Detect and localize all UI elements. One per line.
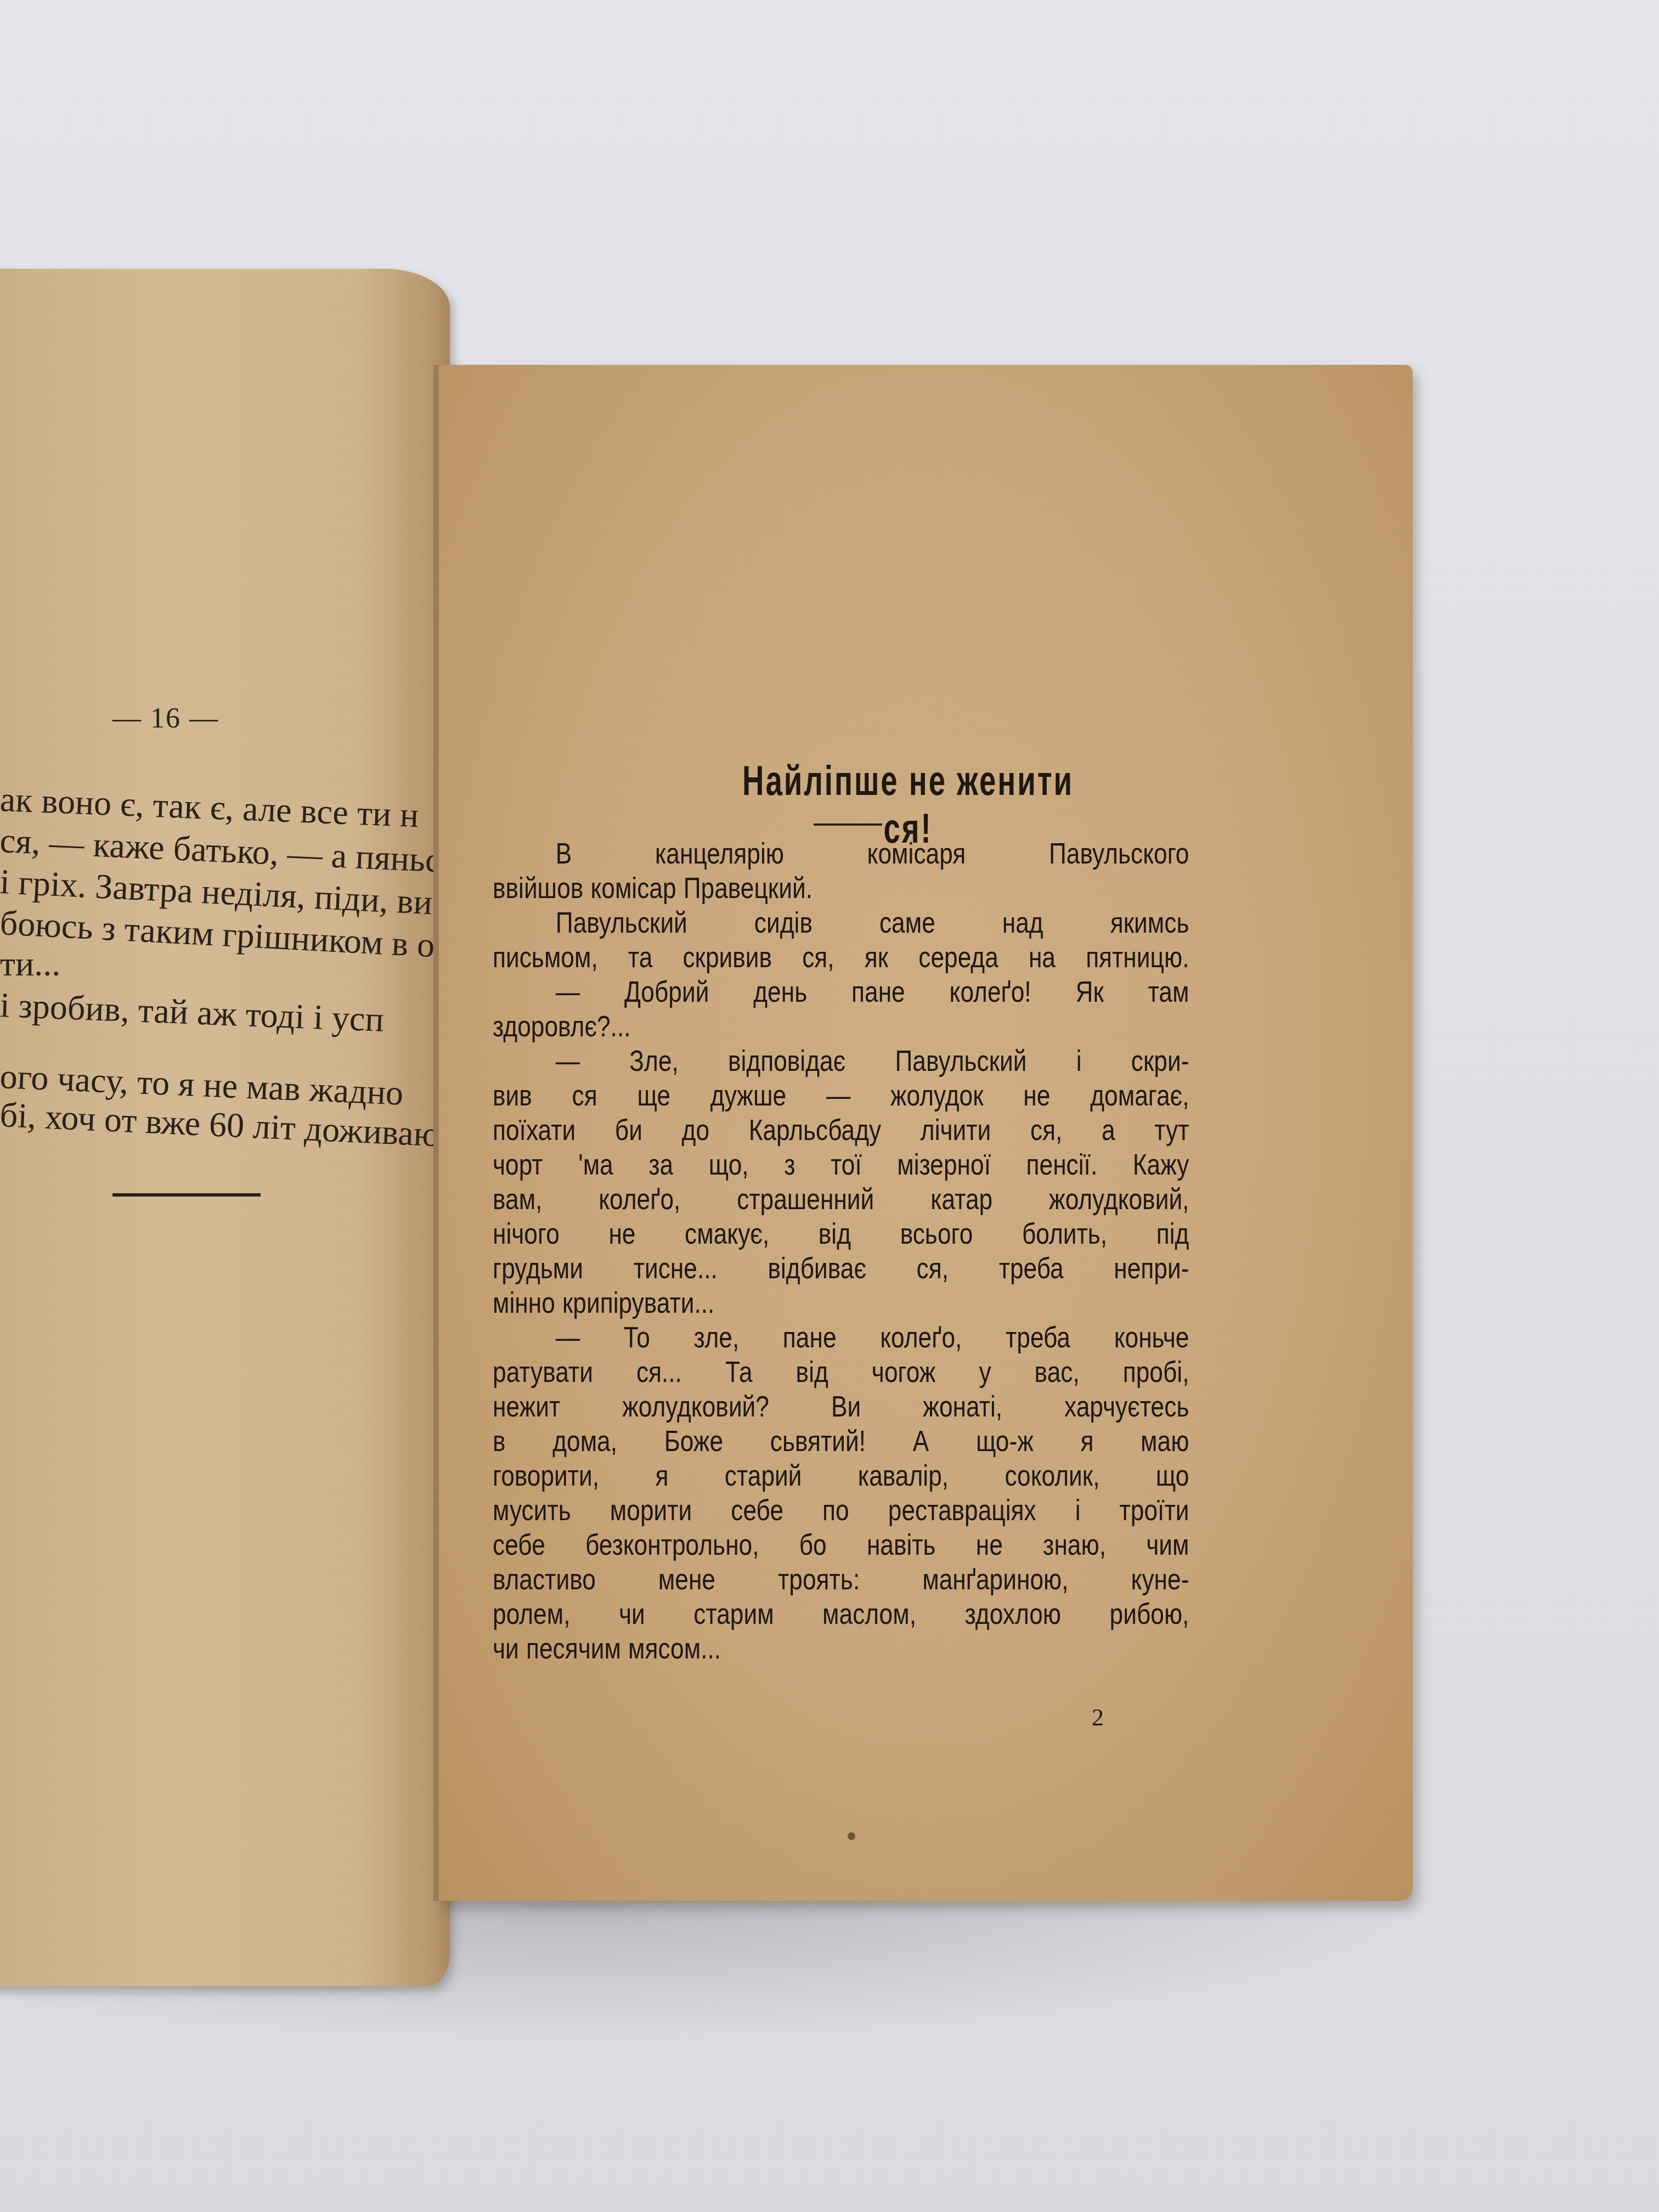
text-line: муситьморитисебепореставраціяхітроїти — [493, 1493, 1189, 1528]
text-line: грудьмитисне...відбиваєся,требанепри- — [493, 1251, 1189, 1286]
word: жолудковий, — [1049, 1182, 1189, 1217]
word: ся, — [802, 940, 834, 975]
word: В — [556, 837, 572, 871]
word: властиво — [493, 1562, 596, 1597]
word: маслом, — [822, 1597, 916, 1632]
word: ся, — [1030, 1113, 1062, 1148]
word: чи — [493, 1632, 519, 1666]
word: жолудковий? — [622, 1390, 769, 1424]
word: Павульского — [1049, 837, 1189, 871]
text-line: письмом,таскривився,яксереданапятницю. — [493, 940, 1189, 975]
word: чорт — [493, 1148, 543, 1182]
word: в — [493, 1424, 506, 1459]
word: скри- — [1131, 1044, 1189, 1079]
paper-speck — [848, 1832, 855, 1840]
title-rule — [814, 823, 882, 826]
word: від — [819, 1217, 851, 1251]
word: що — [1156, 1459, 1189, 1493]
text-line: ролем,чистариммаслом,здохлоюрибою, — [493, 1597, 1189, 1632]
word: колеґо! — [950, 975, 1031, 1009]
word: бо — [799, 1528, 827, 1562]
word: троять: — [778, 1562, 860, 1597]
text-line: міннокрипірувати... — [493, 1286, 1189, 1321]
left-page-number: — 16 — — [112, 702, 219, 735]
word: морити — [610, 1493, 692, 1528]
word: ся... — [636, 1355, 682, 1390]
word: до — [682, 1113, 709, 1148]
word: Боже — [664, 1424, 723, 1459]
word: себе — [493, 1528, 545, 1562]
word: болить, — [1022, 1217, 1107, 1251]
word: що, — [709, 1148, 749, 1182]
word: пятницю. — [1086, 940, 1189, 975]
left-page: — 16 — ак воно є, так є, але все ти н ся… — [0, 269, 450, 1986]
word: від — [796, 1355, 828, 1390]
word: як — [865, 940, 888, 975]
word: ще — [637, 1079, 670, 1113]
text-line: говорити,ястарийкавалір,соколик,що — [493, 1459, 1189, 1493]
word: вас, — [1035, 1355, 1080, 1390]
word: Правецкий. — [684, 871, 812, 906]
word: мусить — [493, 1493, 571, 1528]
word: пане — [851, 975, 905, 1009]
word: з — [784, 1148, 795, 1182]
word: пробі, — [1123, 1355, 1189, 1390]
word: би — [615, 1113, 642, 1148]
word: маю — [1141, 1424, 1189, 1459]
word: поїхати — [493, 1113, 575, 1148]
text-line: вивсящедужше—жолудокнедомагає, — [493, 1079, 1189, 1113]
section-end-rule — [112, 1193, 261, 1197]
word: Кажу — [1133, 1148, 1189, 1182]
word: лічити — [921, 1113, 991, 1148]
word: — — [826, 1079, 850, 1113]
word: старий — [725, 1459, 802, 1493]
word: чим — [1146, 1528, 1189, 1562]
word: харчуєтесь — [1064, 1390, 1189, 1424]
word: домагає, — [1090, 1079, 1189, 1113]
word: Зле, — [629, 1044, 679, 1079]
word: старим — [693, 1597, 774, 1632]
word: — — [556, 975, 580, 1009]
word: песячим — [526, 1632, 621, 1666]
text-line: властивоменетроять:манґариною,куне- — [493, 1562, 1189, 1597]
word: середа — [918, 940, 998, 975]
word: знаю, — [1043, 1528, 1106, 1562]
word: жолудок — [890, 1079, 984, 1113]
word: саме — [879, 906, 935, 940]
word: письмом, — [493, 940, 598, 975]
text-line: ратуватися...Тавідчогожувас,пробі, — [493, 1355, 1189, 1390]
text-line: —Добрийденьпанеколеґо!Яктам — [493, 975, 1189, 1009]
word: мінно — [493, 1286, 555, 1321]
text-line: чипесячиммясом... — [493, 1632, 1189, 1666]
word: ся — [572, 1079, 597, 1113]
word: здоровлє?... — [493, 1009, 631, 1044]
right-page: Найліпше не женити ся! Вканцеляріюкоміса… — [439, 365, 1413, 1901]
text-line: вдома,Божесьвятий!Ащо-жямаю — [493, 1424, 1189, 1459]
word: чи — [619, 1597, 645, 1632]
word: під — [1156, 1217, 1189, 1251]
word: комісаря — [867, 837, 966, 871]
word: навіть — [867, 1528, 936, 1562]
word: себе — [731, 1493, 783, 1528]
text-line: ВканцеляріюкомісаряПавульского — [493, 837, 1189, 871]
word: я — [656, 1459, 669, 1493]
word: крипірувати... — [562, 1286, 714, 1321]
word: Як — [1075, 975, 1103, 1009]
word: у — [979, 1355, 991, 1390]
word: треба — [999, 1251, 1064, 1286]
word: по — [822, 1493, 849, 1528]
word: зле, — [694, 1321, 740, 1355]
right-page-number: 2 — [1092, 1703, 1104, 1731]
word: нежит — [493, 1390, 560, 1424]
word: тисне... — [634, 1251, 718, 1286]
text-line: нежитжолудковий?Вижонаті,харчуєтесь — [493, 1390, 1189, 1424]
word: не — [608, 1217, 635, 1251]
word: мясом... — [628, 1632, 721, 1666]
text-line: ти... — [0, 944, 60, 984]
text-line: і зробив, тай аж тоді і усп — [0, 985, 385, 1040]
text-line: себебезконтрольно,бонавітьнезнаю,чим — [493, 1528, 1189, 1562]
word: соколик, — [1005, 1459, 1099, 1493]
word: відповідає — [728, 1044, 845, 1079]
word: коньче — [1114, 1321, 1189, 1355]
word: грудьми — [493, 1251, 583, 1286]
text-line: здоровлє?... — [493, 1009, 1189, 1044]
word: куне- — [1131, 1562, 1189, 1597]
text-line: —Зле,відповідаєПавульскийіскри- — [493, 1044, 1189, 1079]
word: що-ж — [976, 1424, 1034, 1459]
word: Павульский — [556, 906, 687, 940]
word: сьвятий! — [770, 1424, 866, 1459]
word: катар — [930, 1182, 992, 1217]
word: — — [556, 1321, 580, 1355]
word: непри- — [1114, 1251, 1189, 1286]
word: а — [1102, 1113, 1115, 1148]
word: на — [1029, 940, 1056, 975]
text-line: чорт'мазащо,зтоїмізерноїпенсії.Кажу — [493, 1148, 1189, 1182]
word: вам, — [493, 1182, 542, 1217]
word: ввійшов — [493, 871, 583, 906]
word: Карльсбаду — [749, 1113, 882, 1148]
word: — — [556, 1044, 580, 1079]
word: та — [628, 940, 652, 975]
word: А — [913, 1424, 929, 1459]
word: колеґо, — [880, 1321, 962, 1355]
word: рибою, — [1110, 1597, 1189, 1632]
word: ратувати — [493, 1355, 593, 1390]
word: вив — [493, 1079, 532, 1113]
word: не — [1023, 1079, 1050, 1113]
word: пане — [783, 1321, 837, 1355]
word: дома, — [552, 1424, 617, 1459]
word: ся, — [917, 1251, 949, 1286]
text-line: поїхатибидоКарльсбадулічитися,атут — [493, 1113, 1189, 1148]
word: Добрий — [624, 975, 709, 1009]
word: безконтрольно, — [585, 1528, 759, 1562]
word: ролем, — [493, 1597, 570, 1632]
word: Ви — [831, 1390, 861, 1424]
text-line: нічогонесмакує,відвсьогоболить,під — [493, 1217, 1189, 1251]
word: реставраціях — [888, 1493, 1036, 1528]
word: скривив — [682, 940, 772, 975]
word: за — [648, 1148, 673, 1182]
word: страшенний — [737, 1182, 874, 1217]
word: і — [1076, 1044, 1082, 1079]
word: над — [1002, 906, 1043, 940]
word: говорити, — [493, 1459, 599, 1493]
word: там — [1148, 975, 1189, 1009]
word: 'ма — [578, 1148, 613, 1182]
word: всього — [900, 1217, 973, 1251]
word: я — [1080, 1424, 1093, 1459]
word: смакує, — [685, 1217, 769, 1251]
text-line: ввійшовкомісарПравецкий. — [493, 871, 1189, 906]
word: Та — [725, 1355, 753, 1390]
word: манґариною, — [922, 1562, 1068, 1597]
word: пенсії. — [1026, 1148, 1098, 1182]
word: тут — [1154, 1113, 1189, 1148]
word: якимсь — [1110, 906, 1189, 940]
word: тої — [831, 1148, 862, 1182]
word: здохлою — [964, 1597, 1061, 1632]
word: колеґо, — [599, 1182, 680, 1217]
text-line: —Тозле,панеколеґо,требаконьче — [493, 1321, 1189, 1355]
story-text: ВканцеляріюкомісаряПавульскоговвійшовком… — [493, 837, 1189, 1666]
word: То — [624, 1321, 650, 1355]
word: комісар — [590, 871, 676, 906]
word: жонаті, — [923, 1390, 1002, 1424]
word: день — [753, 975, 807, 1009]
word: мізерної — [897, 1148, 991, 1182]
word: відбиває — [768, 1251, 866, 1286]
word: чогож — [872, 1355, 936, 1390]
word: і — [1075, 1493, 1081, 1528]
word: дужше — [710, 1079, 786, 1113]
word: канцелярію — [655, 837, 784, 871]
word: Павульский — [895, 1044, 1026, 1079]
text-line: вам,колеґо,страшеннийкатаржолудковий, — [493, 1182, 1189, 1217]
word: нічого — [493, 1217, 560, 1251]
word: кавалір, — [858, 1459, 949, 1493]
text-line: Павульскийсидівсаменадякимсь — [493, 906, 1189, 940]
word: мене — [658, 1562, 715, 1597]
word: троїти — [1120, 1493, 1189, 1528]
word: сидів — [754, 906, 812, 940]
word: не — [976, 1528, 1003, 1562]
word: треба — [1006, 1321, 1070, 1355]
